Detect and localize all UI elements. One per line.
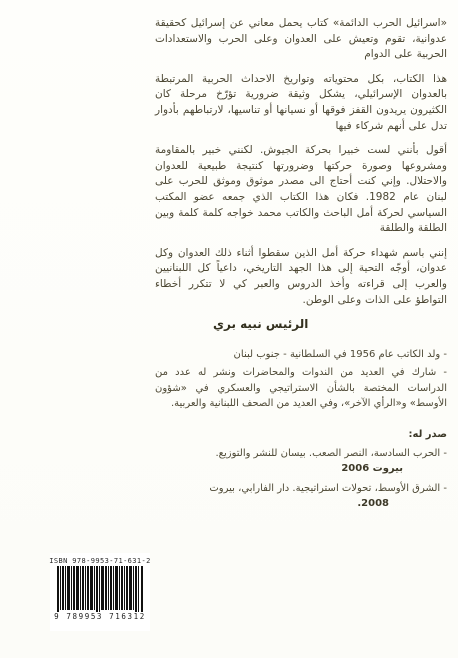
quote-paragraph: هذا الكتاب، بكل محتوياته وتواريخ الاحداث…: [155, 72, 447, 134]
quote-paragraph: أقول بأنني لست خبيرا بحركة الجيوش. لكنني…: [155, 143, 447, 237]
barcode-bars-icon: [57, 566, 143, 612]
quote-paragraph: إنني باسم شهداء حركة أمل الذين سقطوا أثن…: [155, 246, 447, 308]
author-bio-item: - شارك في العديد من الندوات والمحاضرات و…: [155, 365, 447, 411]
published-works-heading: صدر له:: [155, 427, 447, 443]
author-bio-item: - ولد الكاتب عام 1956 في السلطانية - جنو…: [155, 347, 447, 362]
isbn-label: ISBN 978-9953-71-631-2: [49, 557, 151, 565]
published-book-item: - الحرب السادسة، النصر الصعب. بيسان للنش…: [155, 446, 447, 477]
isbn-barcode: ISBN 978-9953-71-631-2: [50, 553, 150, 631]
signature-name: الرئيس نبيه بري: [155, 317, 447, 333]
quote-paragraph: «اسرائيل الحرب الدائمة» كتاب يحمل معاني …: [155, 16, 447, 63]
published-book-item: - الشرق الأوسط، تحولات استراتيجية. دار ا…: [155, 481, 447, 512]
back-cover-text-column: «اسرائيل الحرب الدائمة» كتاب يحمل معاني …: [155, 16, 447, 516]
book-back-cover: «اسرائيل الحرب الدائمة» كتاب يحمل معاني …: [0, 0, 458, 658]
book-city-year-line: بيروت 2006: [155, 461, 403, 476]
book-year-line: 2008.: [155, 496, 389, 511]
book-title-line: - الشرق الأوسط، تحولات استراتيجية. دار ا…: [155, 481, 447, 496]
book-title-line: - الحرب السادسة، النصر الصعب. بيسان للنش…: [155, 446, 447, 461]
ean-digits: 9 789953 716312: [54, 612, 146, 621]
